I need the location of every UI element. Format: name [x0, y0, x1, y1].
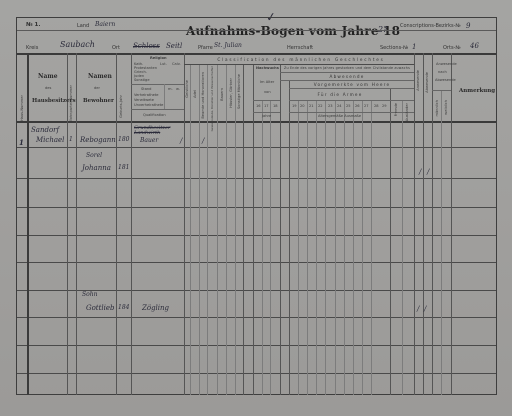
col-line	[262, 100, 263, 395]
right-group-label: Abwesende	[435, 78, 456, 82]
age-group-col: 29	[382, 104, 387, 108]
col-line	[325, 100, 326, 395]
col-line	[335, 100, 336, 395]
stand-row: Unverheirathete	[134, 103, 163, 107]
col-line	[243, 64, 244, 395]
right-header-1: Anwesende	[416, 70, 420, 91]
age-group-col: 24	[337, 104, 342, 108]
row-line-2	[17, 178, 496, 179]
class-col-header: Gewerbsleute, Künstler und Wissenschafte…	[210, 66, 214, 131]
entry-3-mark: /	[424, 305, 426, 313]
wohnpartei-header: Wohnpartei-Nummer	[69, 85, 73, 123]
entry-3-relation: Sohn	[82, 291, 97, 298]
entry-3-geburtsjahr: 184	[118, 304, 129, 311]
header-subline	[253, 100, 280, 101]
nachwuchs-sub: von	[264, 90, 271, 94]
age-group-col: 21	[309, 104, 314, 108]
entry-3-qualification: Zögling	[142, 304, 169, 312]
entry-1-qualification-short: Bauer	[140, 137, 158, 144]
altersgruppen-label: Altersgemäße Ausmaße	[318, 114, 361, 118]
entry-1-owner-line-1: Sandorf	[31, 126, 59, 134]
classification-header: Classification des männlichen Geschlecht…	[196, 57, 406, 62]
col-line	[441, 90, 442, 395]
age-group-col: 27	[364, 104, 369, 108]
header-subline	[280, 72, 414, 73]
col-line	[226, 64, 227, 395]
col-line	[371, 100, 372, 395]
header-subline	[253, 112, 280, 113]
hausbesitzer-header-1: Name	[38, 73, 58, 80]
band-2: Abwesende	[282, 74, 412, 79]
hausbesitzer-header-2: des	[45, 86, 51, 90]
geburtsjahr-header: Geburts-Jahr	[119, 95, 123, 118]
age-group-col: 28	[374, 104, 379, 108]
header-subline	[280, 80, 414, 81]
entry-1-bewohner: Rebogann	[80, 136, 116, 144]
col-line	[280, 64, 281, 395]
stand-header: Stand	[141, 87, 151, 91]
bewohner-header-2: der	[94, 86, 100, 90]
row-line-1	[17, 147, 496, 148]
col-line	[390, 88, 391, 395]
col-line	[344, 100, 345, 395]
entry-2-mark: /	[427, 168, 429, 176]
class-col-header: Beamte und Honoratioren	[201, 72, 205, 119]
band-1: Zu Ende des vorigen Jahres gestorben und…	[282, 66, 412, 70]
entry-2-mark: /	[419, 168, 421, 176]
col-line	[402, 100, 403, 395]
stand-row: Verheirathete	[134, 93, 159, 97]
entry-2-bewohner: Johanna	[82, 164, 111, 172]
band-3: Vorgemerkte vom Heere	[291, 82, 413, 87]
age-col: 17	[264, 104, 269, 108]
class-col-header: Häusler, Gärtner	[229, 78, 233, 108]
religion-row: Sonstige	[134, 78, 150, 82]
col-line	[190, 64, 191, 395]
right-header-2: Abwesende	[425, 72, 429, 93]
stand-subcol: m.	[168, 87, 173, 91]
row-line-8	[17, 345, 496, 346]
col-line	[207, 64, 208, 395]
row-line-3	[17, 207, 496, 208]
col-line	[353, 100, 354, 395]
row-line-4	[17, 235, 496, 236]
band-4: Für die Armee	[291, 92, 389, 97]
religion-header: Religion	[150, 56, 167, 60]
haus-nummer-header: Haus-Nummer	[20, 95, 24, 121]
bewohner-header-1: Namen	[88, 73, 112, 80]
nachwuchs-header: Nachwuchs	[256, 66, 279, 70]
header-subline	[131, 84, 184, 85]
col-line	[298, 100, 299, 395]
stand-row: Verwitwete	[134, 98, 154, 102]
age-col: 18	[273, 104, 278, 108]
entry-1-owner-line-2: Michael	[36, 136, 64, 144]
col-line	[67, 53, 68, 395]
col-line	[289, 80, 290, 395]
entry-1-mark: /	[180, 137, 182, 145]
age-group-col: 23	[328, 104, 333, 108]
entry-2-relation: Sorel	[86, 152, 102, 159]
entry-1-haus-nummer: 1	[19, 138, 24, 147]
col-line	[116, 53, 117, 395]
entry-1-mark: /	[202, 137, 204, 145]
age-group-col: 20	[300, 104, 305, 108]
class-col-header: Bauern	[220, 88, 224, 101]
col-line	[27, 53, 29, 395]
qualification-header: Qualification	[143, 113, 166, 117]
col-line	[253, 64, 254, 395]
right-group-label: nach	[438, 70, 447, 74]
entry-1-geburtsjahr: 180	[118, 136, 129, 143]
religion-subcol: Calv.	[172, 62, 181, 66]
right-group-label: Anwesende	[436, 62, 457, 66]
col-line	[184, 53, 185, 395]
col-line	[432, 53, 433, 395]
age-group-col: 22	[318, 104, 323, 108]
header-subline	[289, 100, 414, 101]
col-line	[451, 53, 452, 395]
col-line	[270, 100, 271, 395]
entry-1-qualification-2: Landwirth	[134, 130, 160, 136]
class-col-header: Geistliche	[185, 80, 189, 98]
jahre-label: Jahre	[262, 114, 271, 118]
class-col-header: Sonstige Männliche	[237, 74, 241, 109]
header-subline	[184, 64, 414, 65]
col-line	[307, 100, 308, 395]
col-line	[164, 84, 165, 109]
age-group-col: 19	[292, 104, 297, 108]
ausland-header: Ausländer	[405, 103, 409, 121]
row-line-5	[17, 262, 496, 263]
col-line	[316, 100, 317, 395]
religion-subcol: Lut.	[160, 62, 167, 66]
fremde-header: Fremde	[394, 103, 398, 116]
bewohner-header-3: Bewohner	[83, 98, 114, 104]
col-line	[414, 53, 415, 395]
age-group-col: 25	[346, 104, 351, 108]
stand-subcol: w.	[176, 87, 180, 91]
anmerkung-header: Anmerkung	[459, 88, 495, 94]
right-sub-header: männlich	[435, 100, 439, 117]
age-col: 16	[256, 104, 261, 108]
col-line	[423, 53, 424, 395]
entry-1-wohnpartei: 1	[69, 136, 73, 143]
row-line-7	[17, 317, 496, 318]
header-bottom-line	[17, 121, 496, 123]
col-line	[362, 100, 363, 395]
age-group-col: 26	[355, 104, 360, 108]
col-line	[235, 64, 236, 395]
right-sub-header: weiblich	[444, 100, 448, 115]
entry-2-geburtsjahr: 181	[118, 164, 129, 171]
entry-3-bewohner: Gottlieb	[86, 304, 115, 312]
nachwuchs-sub: Im Alter	[260, 80, 274, 84]
table-top-line	[17, 53, 496, 55]
header-subline	[131, 109, 184, 110]
col-line	[217, 64, 218, 395]
col-line	[131, 53, 132, 395]
census-sheet: № 1. Land Baiern Aufnahms-Bogen vom Jahr…	[0, 0, 512, 416]
class-col-header: Adel	[193, 90, 197, 98]
col-line	[199, 64, 200, 395]
col-line	[76, 53, 77, 395]
header-subline	[289, 88, 414, 89]
entry-3-mark: /	[417, 305, 419, 313]
row-line-9	[17, 373, 496, 374]
header-subline	[432, 90, 451, 91]
